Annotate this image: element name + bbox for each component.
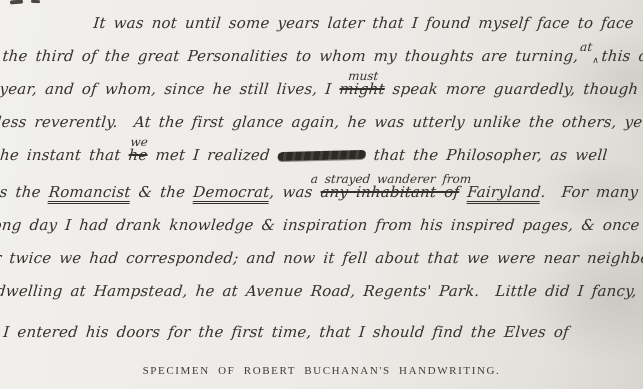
handwriting-line: less reverently. At the first glance aga… xyxy=(0,115,634,148)
handwriting-line: It was not until some years later that I… xyxy=(3,16,643,49)
handwriting-line: or twice we had corresponded; and now it… xyxy=(0,251,622,284)
handwriting-text: or twice we had corresponded; and now it… xyxy=(0,249,643,267)
handwriting-text: speak more guardedly, though not xyxy=(384,80,643,98)
inserted-word: must xyxy=(348,70,379,82)
handwriting-text: It was not until some years later that I… xyxy=(93,14,643,32)
handwriting-line: as I entered his doors for the first tim… xyxy=(0,325,616,358)
inserted-word: at xyxy=(580,41,593,53)
struck-word: he xyxy=(128,148,148,163)
caret-mark: ∧ xyxy=(592,56,600,66)
underlined-word: Fairyland xyxy=(466,183,541,204)
handwriting-line: the third of the great Personalities to … xyxy=(0,49,640,82)
struck-word: might xyxy=(339,82,386,97)
handwriting-text: year, and of whom, since he still lives,… xyxy=(0,80,340,98)
handwriting-text: as the xyxy=(0,183,50,201)
underlined-word: Romancist xyxy=(48,183,132,204)
handwriting-text: & the xyxy=(130,183,194,201)
underlined-word: Democrat xyxy=(192,183,270,204)
handwriting-block: It was not until some years later that I… xyxy=(0,16,643,358)
handwriting-text: . For many a xyxy=(540,183,643,201)
handwriting-line: I dwelling at Hampstead, he at Avenue Ro… xyxy=(0,284,620,317)
handwriting-line: year, and of whom, since he still lives,… xyxy=(0,82,637,115)
correction: wehe xyxy=(128,148,148,163)
handwriting-text: the third of the great Personalities to … xyxy=(2,47,579,65)
handwriting-text: the instant that xyxy=(0,146,129,164)
caption: SPECIMEN OF ROBERT BUCHANAN'S HANDWRITIN… xyxy=(0,365,643,377)
ink-speck xyxy=(10,0,23,4)
handwriting-text: less reverently. At the first glance aga… xyxy=(0,113,643,131)
scribbled-word: [scribbled out] xyxy=(277,150,366,161)
handwriting-text: that the Philosopher, as well xyxy=(365,146,608,164)
inserted-word: we xyxy=(130,136,148,148)
handwriting-line: long day I had drank knowledge & inspira… xyxy=(0,218,625,251)
handwriting-text: long day I had drank knowledge & inspira… xyxy=(0,216,640,234)
ink-speck xyxy=(31,0,40,3)
handwriting-line: as the Romancist & the Democrat, was a s… xyxy=(0,185,628,218)
scanned-page: It was not until some years later that I… xyxy=(0,0,643,389)
inserted-word: a strayed wanderer from xyxy=(310,173,471,185)
handwriting-text: as I entered his doors for the first tim… xyxy=(0,323,570,341)
handwriting-text: met I realized xyxy=(147,146,279,164)
handwriting-text: this close of the xyxy=(601,47,643,65)
correction: mustmight xyxy=(339,82,386,97)
struck-word: any inhabitant of xyxy=(320,185,460,200)
correction: a strayed wanderer fromany inhabitant of xyxy=(320,185,460,200)
handwriting-text: I dwelling at Hampstead, he at Avenue Ro… xyxy=(0,282,638,300)
